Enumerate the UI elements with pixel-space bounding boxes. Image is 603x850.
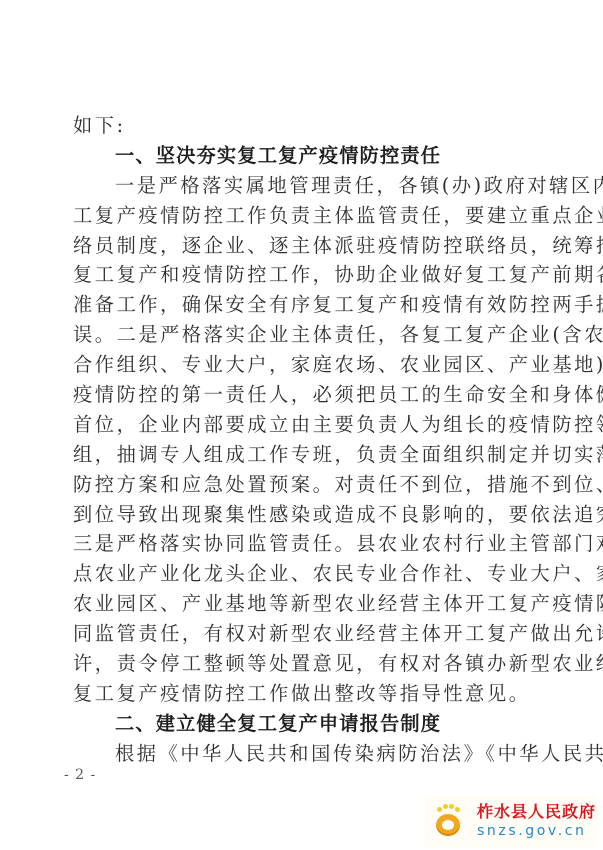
- body-line: 同监管责任，有权对新型农业经营主体开工复产做出允许、不允: [73, 619, 533, 649]
- page-number: - 2 -: [64, 767, 96, 783]
- body-line: 工复产疫情防控工作负责主体监管责任，要建立重点企业派驻联: [73, 201, 533, 231]
- document-body: 如下: 一、坚决夯实复工复产疫情防控责任 一是严格落实属地管理责任，各镇(办)政…: [73, 111, 533, 769]
- body-line: 许，责令停工整顿等处置意见，有权对各镇办新型农业经营主体: [73, 649, 533, 679]
- section-heading-2: 二、建立健全复工复产申请报告制度: [73, 709, 533, 739]
- body-line: 三是严格落实协同监管责任。县农业农村行业主管部门对全县重: [73, 529, 533, 559]
- body-line: 复工复产疫情防控工作做出整改等指导性意见。: [73, 679, 533, 709]
- footprint-logo-icon: [433, 803, 467, 839]
- body-line: 准备工作，确保安全有序复工复产和疫情有效防控两手抓、两不: [73, 290, 533, 320]
- body-line: 点农业产业化龙头企业、农民专业合作社、专业大户、家庭农场、: [73, 559, 533, 589]
- body-line: 络员制度，逐企业、逐主体派驻疫情防控联络员，统筹推进企业: [73, 231, 533, 261]
- watermark-url: snzs.gov.cn: [477, 822, 596, 840]
- body-line: 首位，企业内部要成立由主要负责人为组长的疫情防控领导小: [73, 410, 533, 440]
- body-line: 农业园区、产业基地等新型农业经营主体开工复产疫情防控负协: [73, 589, 533, 619]
- document-page: 如下: 一、坚决夯实复工复产疫情防控责任 一是严格落实属地管理责任，各镇(办)政…: [0, 0, 603, 850]
- body-line: 复工复产和疫情防控工作，协助企业做好复工复产前期各项保障: [73, 260, 533, 290]
- body-line: 一是严格落实属地管理责任，各镇(办)政府对辖区内企业复: [73, 171, 533, 201]
- site-watermark: 柞水县人民政府 snzs.gov.cn: [425, 795, 597, 847]
- section-heading-1: 一、坚决夯实复工复产疫情防控责任: [73, 141, 533, 171]
- body-line: 误。二是严格落实企业主体责任，各复工复产企业(含农民专业: [73, 320, 533, 350]
- body-line: 组，抽调专人组成工作专班，负责全面组织制定并切实落实疫情: [73, 440, 533, 470]
- body-line: 根据《中华人民共和国传染病防治法》《中华人民共和国突: [73, 739, 533, 769]
- body-line: 到位导致出现聚集性感染或造成不良影响的，要依法追究责任。: [73, 500, 533, 530]
- body-line: 合作组织、专业大户，家庭农场、农业园区、产业基地)法人是: [73, 350, 533, 380]
- body-line: 防控方案和应急处置预案。对责任不到位，措施不到位、落实不: [73, 470, 533, 500]
- body-line: 如下:: [73, 111, 533, 141]
- watermark-title: 柞水县人民政府: [477, 802, 596, 822]
- body-line: 疫情防控的第一责任人，必须把员工的生命安全和身体健康放在: [73, 380, 533, 410]
